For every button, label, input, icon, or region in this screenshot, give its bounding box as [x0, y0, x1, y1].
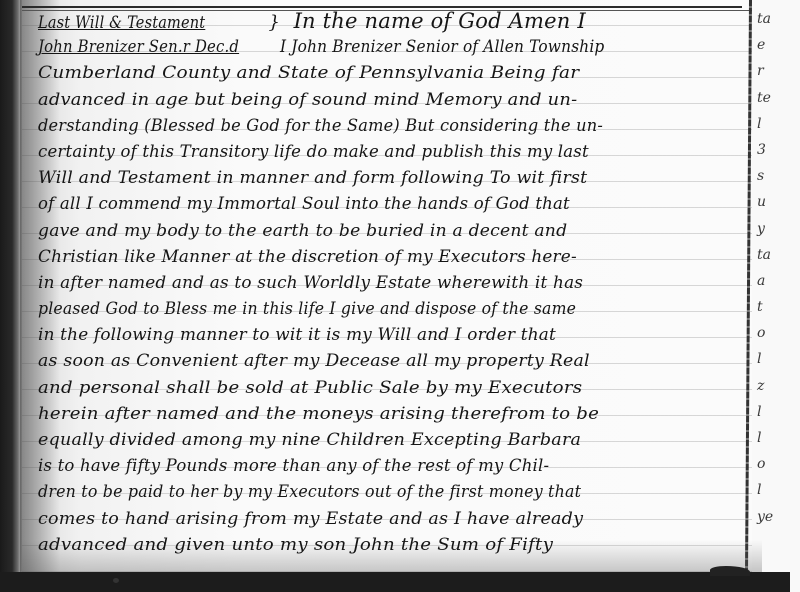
margin-fragment: te: [757, 85, 797, 111]
text-line-14: as soon as Convenient after my Decease a…: [38, 348, 743, 374]
margin-fragment: o: [757, 451, 797, 477]
margin-fragment: r: [757, 58, 797, 84]
text-line-11: in after named and as to such Worldly Es…: [38, 270, 743, 296]
margin-fragment: s: [757, 163, 797, 189]
text-line-6: certainty of this Transitory life do mak…: [38, 139, 743, 165]
margin-fragment: u: [757, 189, 797, 215]
line-text: and personal shall be sold at Public Sal…: [38, 375, 582, 401]
handwritten-text-block: Last Will & Testament } In the name of G…: [38, 2, 743, 558]
margin-fragment: e: [757, 32, 797, 58]
line-text: I John Brenizer Senior of Allen Township: [280, 34, 604, 60]
line-text: is to have fifty Pounds more than any of…: [38, 453, 549, 479]
ink-speck: [113, 578, 119, 583]
margin-fragment: z: [757, 373, 797, 399]
line-text: Christian like Manner at the discretion …: [38, 244, 577, 270]
text-line-10: Christian like Manner at the discretion …: [38, 244, 743, 270]
margin-caption-2: John Brenizer Sen.r Dec.d: [38, 34, 250, 60]
line-text: comes to hand arising from my Estate and…: [38, 506, 583, 532]
line-text: dren to be paid to her by my Executors o…: [38, 479, 581, 505]
document-scan: Last Will & Testament } In the name of G…: [0, 0, 800, 592]
margin-fragment: y: [757, 216, 797, 242]
margin-fragment: l: [757, 425, 797, 451]
margin-fragment: l: [757, 346, 797, 372]
line-text: Cumberland County and State of Pennsylva…: [38, 60, 579, 86]
line-text: derstanding (Blessed be God for the Same…: [38, 113, 603, 139]
margin-fragment: 3: [757, 137, 797, 163]
ink-speck: [710, 566, 750, 576]
margin-fragment: ta: [757, 6, 797, 32]
line-text: equally divided among my nine Children E…: [38, 427, 581, 453]
line-text: advanced and given unto my son John the …: [38, 532, 553, 558]
text-line-5: derstanding (Blessed be God for the Same…: [38, 113, 743, 139]
margin-fragment: ye: [757, 504, 797, 530]
margin-fragment: o: [757, 320, 797, 346]
text-line-21: advanced and given unto my son John the …: [38, 532, 743, 558]
text-line-12: pleased God to Bless me in this life I g…: [38, 296, 743, 322]
margin-fragment: l: [757, 111, 797, 137]
line-text: in the following manner to wit it is my …: [38, 322, 556, 348]
line-text: Will and Testament in manner and form fo…: [38, 165, 587, 191]
margin-fragment: l: [757, 477, 797, 503]
text-line-1: Last Will & Testament } In the name of G…: [38, 8, 743, 34]
text-line-17: equally divided among my nine Children E…: [38, 427, 743, 453]
bottom-edge-shadow: [0, 572, 790, 592]
margin-fragment: a: [757, 268, 797, 294]
text-line-19: dren to be paid to her by my Executors o…: [38, 479, 743, 505]
line-text: certainty of this Transitory life do mak…: [38, 139, 589, 165]
margin-fragment: l: [757, 399, 797, 425]
margin-fragment: t: [757, 294, 797, 320]
text-line-8: of all I commend my Immortal Soul into t…: [38, 191, 743, 217]
text-line-3: Cumberland County and State of Pennsylva…: [38, 60, 743, 86]
line-text: as soon as Convenient after my Decease a…: [38, 348, 590, 374]
right-margin-fragments: ta e r te l 3 s u y ta a t o l z l l o l…: [757, 6, 797, 530]
text-line-18: is to have fifty Pounds more than any of…: [38, 453, 743, 479]
text-line-2: John Brenizer Sen.r Dec.d I John Brenize…: [38, 34, 743, 60]
text-line-13: in the following manner to wit it is my …: [38, 322, 743, 348]
margin-caption-1: Last Will & Testament: [38, 10, 236, 36]
text-line-15: and personal shall be sold at Public Sal…: [38, 375, 743, 401]
brace-glyph: }: [268, 12, 280, 33]
invocation-text: In the name of God Amen I: [294, 8, 586, 34]
line-text: herein after named and the moneys arisin…: [38, 401, 599, 427]
text-line-9: gave and my body to the earth to be buri…: [38, 218, 743, 244]
line-text: gave and my body to the earth to be buri…: [38, 218, 567, 244]
text-line-16: herein after named and the moneys arisin…: [38, 401, 743, 427]
text-line-20: comes to hand arising from my Estate and…: [38, 506, 743, 532]
margin-fragment: ta: [757, 242, 797, 268]
line-text: in after named and as to such Worldly Es…: [38, 270, 583, 296]
text-line-7: Will and Testament in manner and form fo…: [38, 165, 743, 191]
line-text: advanced in age but being of sound mind …: [38, 87, 577, 113]
binding-edge: [0, 0, 22, 592]
line-text: pleased God to Bless me in this life I g…: [38, 296, 576, 322]
text-line-4: advanced in age but being of sound mind …: [38, 87, 743, 113]
line-text: of all I commend my Immortal Soul into t…: [38, 191, 570, 217]
